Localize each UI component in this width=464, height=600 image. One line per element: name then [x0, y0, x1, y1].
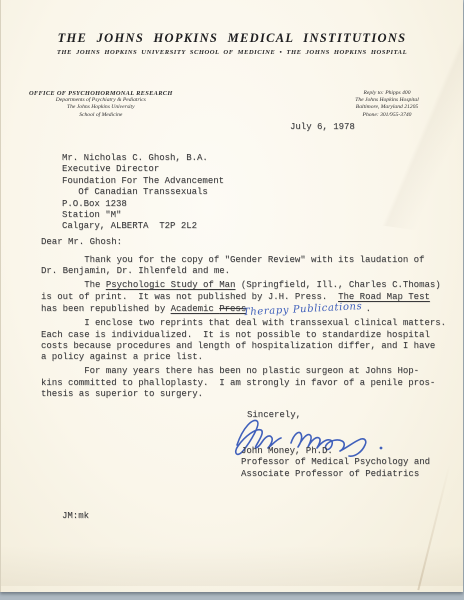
- typed-line: Of Canadian Transsexuals: [62, 187, 224, 198]
- salutation: Dear Mr. Ghosh:: [41, 237, 122, 248]
- typed-line: The Psychologic Study of Man (Springfiel…: [41, 280, 441, 291]
- office-school: School of Medicine: [29, 112, 173, 119]
- reply-city: Baltimore, Maryland 21205: [331, 104, 443, 111]
- paragraph: The Psychologic Study of Man (Springfiel…: [41, 280, 441, 315]
- typed-line: Dr. Benjamin, Dr. Ihlenfeld and me.: [41, 266, 441, 277]
- paragraph: I enclose two reprints that deal with tr…: [41, 318, 441, 364]
- reply-hospital: The Johns Hopkins Hospital: [331, 97, 443, 104]
- typed-line: kins committed to phalloplasty. I am str…: [41, 378, 441, 389]
- paragraph: For many years there has been no plastic…: [41, 366, 441, 400]
- typed-line: I enclose two reprints that deal with tr…: [41, 318, 441, 329]
- recipient-block: Mr. Nicholas C. Ghosh, B.A.Executive Dir…: [62, 153, 224, 233]
- typed-line: John Money, Ph.D.: [241, 446, 430, 457]
- typed-line: Foundation For The Advancement: [62, 176, 224, 187]
- office-university: The Johns Hopkins University: [29, 104, 173, 111]
- office-address-block: OFFICE OF PSYCHOHORMONAL RESEARCH Depart…: [29, 90, 173, 119]
- typed-line: Thank you for the copy of "Gender Review…: [41, 255, 441, 266]
- typed-line: Station "M": [62, 210, 224, 221]
- typed-line: thesis as superior to surgery.: [41, 389, 441, 400]
- reply-address-block: Reply to: Phipps 400 The Johns Hopkins H…: [331, 90, 443, 119]
- typist-initials: JM:mk: [62, 511, 89, 522]
- typed-line: Professor of Medical Psychology and: [241, 457, 430, 468]
- signer-block: John Money, Ph.D.Professor of Medical Ps…: [241, 446, 430, 480]
- reply-phone: Phone: 301/955-3740: [331, 112, 443, 119]
- office-dept: Departments of Psychiatry & Pediatrics: [29, 97, 173, 104]
- letterhead-subtitle: THE JOHNS HOPKINS UNIVERSITY SCHOOL OF M…: [1, 49, 463, 56]
- letter-date: July 6, 1978: [290, 122, 355, 133]
- paragraph: Thank you for the copy of "Gender Review…: [41, 255, 441, 278]
- paper-edge-shading: [1, 546, 463, 586]
- typed-line: Calgary, ALBERTA T2P 2L2: [62, 221, 224, 232]
- body-paragraphs: Thank you for the copy of "Gender Review…: [41, 255, 441, 403]
- handwritten-correction: Therapy Publications: [243, 301, 363, 319]
- typed-line: Mr. Nicholas C. Ghosh, B.A.: [62, 153, 224, 164]
- letterhead-title: THE JOHNS HOPKINS MEDICAL INSTITUTIONS: [1, 31, 463, 46]
- typed-line: For many years there has been no plastic…: [41, 366, 441, 377]
- typed-line: has been republished by Academic PressTh…: [41, 303, 441, 315]
- typed-line: P.O.Box 1238: [62, 199, 224, 210]
- paper-crease: [417, 464, 450, 591]
- typed-line: costs because procedures and length of h…: [41, 341, 441, 352]
- typed-line: Each case is individualized. It is not p…: [41, 330, 441, 341]
- letter-scan-page: THE JOHNS HOPKINS MEDICAL INSTITUTIONS T…: [0, 0, 463, 592]
- typed-line: a policy against a price list.: [41, 352, 441, 363]
- typed-line: Associate Professor of Pediatrics: [241, 469, 430, 480]
- typed-line: is out of print. It was not published by…: [41, 292, 441, 303]
- typed-line: Executive Director: [62, 164, 224, 175]
- reply-to: Reply to: Phipps 400: [331, 90, 443, 97]
